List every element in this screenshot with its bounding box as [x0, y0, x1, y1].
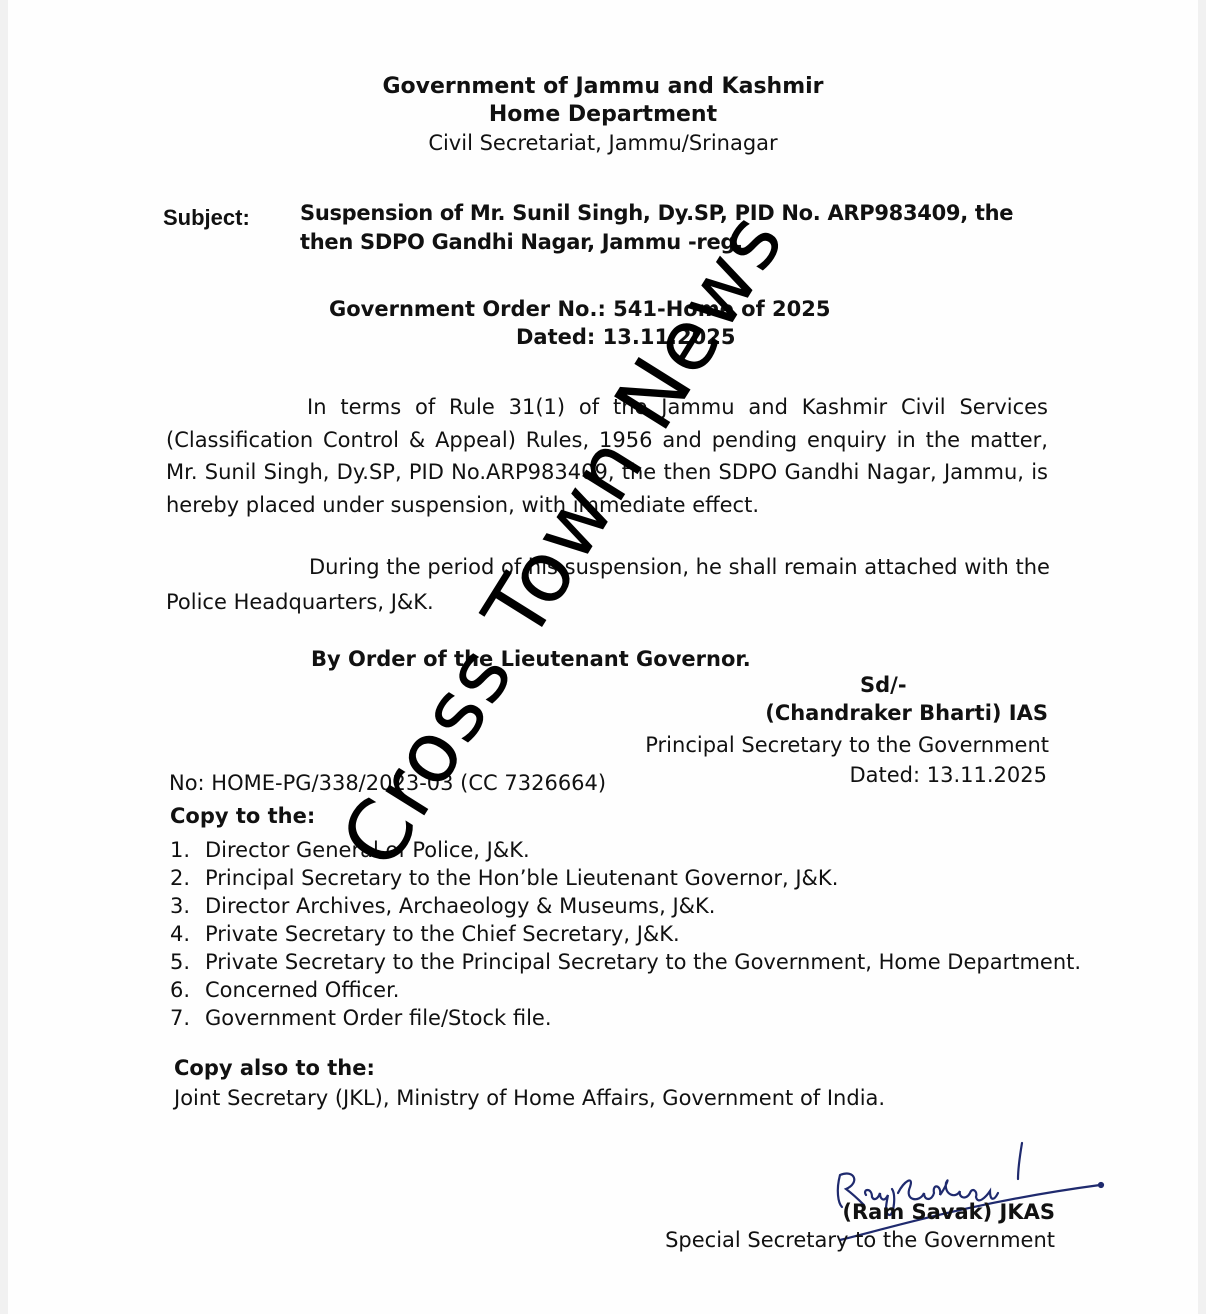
copy-to-item: 4.Private Secretary to the Chief Secreta…: [170, 920, 1081, 948]
copy-to-item: 3.Director Archives, Archaeology & Museu…: [170, 892, 1081, 920]
copy-also-recipient: Joint Secretary (JKL), Ministry of Home …: [174, 1086, 885, 1110]
copy-to-item: 2.Principal Secretary to the Hon’ble Lie…: [170, 864, 1081, 892]
copy-to-item: 6.Concerned Officer.: [170, 976, 1081, 1004]
signatory2-name: (Ram Savak) JKAS: [842, 1200, 1055, 1224]
item-text: Private Secretary to the Principal Secre…: [205, 950, 1081, 974]
item-text: Private Secretary to the Chief Secretary…: [205, 922, 680, 946]
copy-to-item: 7.Government Order file/Stock file.: [170, 1004, 1081, 1032]
department-title: Home Department: [0, 102, 1206, 127]
subject-label: Subject:: [163, 205, 250, 231]
para2-line-1-text: During the period of his suspension, he …: [309, 555, 1048, 579]
copy-to-list: 1.Director General of Police, J&K. 2.Pri…: [170, 836, 1081, 1032]
para2-line-2: Police Headquarters, J&K.: [166, 590, 1048, 614]
copy-to-heading: Copy to the:: [170, 804, 315, 828]
subject-line-2: then SDPO Gandhi Nagar, Jammu -reg.: [300, 230, 743, 254]
copy-also-heading: Copy also to the:: [174, 1056, 375, 1080]
item-text: Director Archives, Archaeology & Museums…: [205, 894, 715, 918]
item-number: 1.: [170, 836, 205, 864]
item-text: Principal Secretary to the Hon’ble Lieut…: [205, 866, 838, 890]
sd-mark: Sd/-: [860, 673, 907, 697]
govt-title: Government of Jammu and Kashmir: [0, 74, 1206, 99]
item-number: 4.: [170, 920, 205, 948]
item-number: 3.: [170, 892, 205, 920]
item-text: Concerned Officer.: [205, 978, 399, 1002]
item-number: 7.: [170, 1004, 205, 1032]
copy-to-item: 1.Director General of Police, J&K.: [170, 836, 1081, 864]
signatory1-date: Dated: 13.11.2025: [849, 763, 1047, 787]
signatory1-designation: Principal Secretary to the Government: [645, 733, 1049, 757]
item-text: Government Order file/Stock file.: [205, 1006, 552, 1030]
secretariat-address: Civil Secretariat, Jammu/Srinagar: [0, 131, 1206, 155]
item-number: 6.: [170, 976, 205, 1004]
signatory2-designation: Special Secretary to the Government: [665, 1228, 1055, 1252]
signatory1-name: (Chandraker Bharti) IAS: [765, 701, 1048, 725]
item-number: 2.: [170, 864, 205, 892]
subject-line-1: Suspension of Mr. Sunil Singh, Dy.SP, PI…: [300, 201, 1013, 225]
item-number: 5.: [170, 948, 205, 976]
copy-to-item: 5.Private Secretary to the Principal Sec…: [170, 948, 1081, 976]
